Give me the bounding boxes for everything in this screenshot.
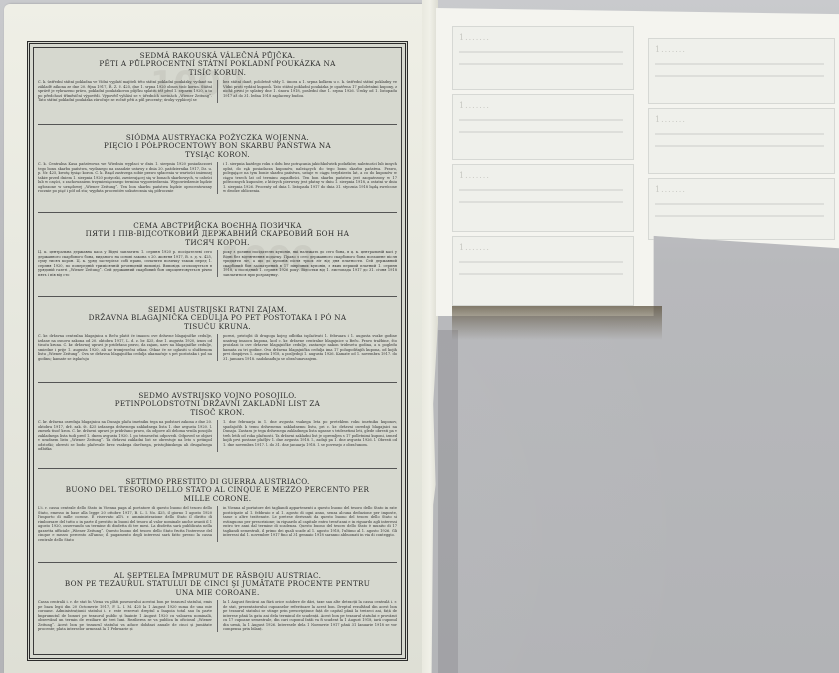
section-polish: SIÓDMA AUSTRYACKA POŻYCZKA WOJENNA. PIĘC…: [38, 126, 397, 213]
section-body: Cassa centrală i. r. de stat în Viena va…: [38, 600, 397, 632]
title-line: ТИСЯЧ КОРОН.: [38, 239, 397, 247]
section-slovene: SEDMO AVSTRIJSKO VOJNO POSOJILO. PETINPO…: [38, 384, 397, 469]
text-column-left: C. kr. državna osrednja blagajnica na Du…: [38, 420, 212, 452]
text-column-left: C. kr. državna centralna blagajnica u Be…: [38, 334, 212, 361]
faded-line: [655, 133, 824, 135]
faded-coupon: 1.......: [452, 26, 634, 90]
column-divider: [217, 600, 218, 632]
section-title: AL ŞEPTELEA ÎMPRUMUT DE RĂSBOIU AUSTRIAC…: [38, 572, 397, 597]
section-title: SIÓDMA AUSTRYACKA POŻYCZKA WOJENNA. PIĘC…: [38, 134, 397, 159]
faded-line: [655, 63, 824, 65]
coupon-label: 1.......: [655, 115, 686, 124]
text-column-right: року з долини посідателю купонів, які на…: [223, 250, 397, 277]
section-body: L'i. r. cassa centrale dello Stato in Vi…: [38, 506, 397, 542]
coupon-label: 1.......: [459, 243, 490, 252]
coupon-sheet-reverse: 1....... 1....... 1....... 1....... 1...…: [436, 8, 839, 316]
faded-line: [459, 201, 623, 203]
faded-line: [655, 75, 824, 77]
section-body: C. k. ústřední státní pokladna ve Vídni …: [38, 80, 397, 103]
text-column-left: Ц. к. центральна державна каса у Відні з…: [38, 250, 212, 277]
folded-edge: [422, 0, 438, 673]
coupon-label: 1.......: [459, 33, 490, 42]
faded-line: [459, 63, 623, 65]
title-line: TISÍC KORUN.: [38, 69, 397, 77]
column-divider: [217, 420, 218, 452]
column-divider: [217, 250, 218, 277]
faded-line: [655, 203, 824, 205]
faded-line: [459, 119, 623, 121]
section-romanian: AL ŞEPTELEA ÎMPRUMUT DE RĂSBOIU AUSTRIAC…: [38, 564, 397, 656]
text-column-left: L'i. r. cassa centrale dello Stato in Vi…: [38, 506, 212, 542]
faded-line: [459, 131, 623, 133]
title-line: UNA MIE COROANE.: [38, 589, 397, 597]
text-column-left: C. k. ústřední státní pokladna ve Vídni …: [38, 80, 212, 103]
column-divider: [217, 506, 218, 542]
title-line: TISUĆU KRUNA.: [38, 323, 397, 331]
faded-coupon: 1.......: [452, 164, 634, 232]
faded-line: [459, 189, 623, 191]
faded-line: [459, 51, 623, 53]
faded-coupon: 1.......: [648, 108, 835, 174]
title-line: TISOČ KRON.: [38, 409, 397, 417]
section-title: SETTIMO PRESTITO DI GUERRA AUSTRIACO. BU…: [38, 478, 397, 503]
section-title: SEDMI AUSTRIJSKI RATNI ZAJAM. DRŽAVNA BL…: [38, 306, 397, 331]
section-czech: SEDMÁ RAKOUSKÁ VÁLEČNÁ PŮJČKA. PĚTI A PŮ…: [38, 44, 397, 125]
coupon-label: 1.......: [459, 101, 490, 110]
faded-line: [655, 215, 824, 217]
faded-coupon: 1.......: [648, 178, 835, 240]
section-body: C. k. Centralna Kasa państwowa we Wiedni…: [38, 162, 397, 194]
section-title: СЕМА АВСТРИЙСКА ВОЄННА ПОЗИЧКА ПЯТИ І ПІ…: [38, 222, 397, 247]
text-column-right: bez státní daně, pololetně vždy 1. února…: [223, 80, 397, 103]
text-column-right: 1. dne februarja in 1. dne avgusta vsake…: [223, 420, 397, 452]
faded-line: [459, 261, 623, 263]
section-italian: SETTIMO PRESTITO DI GUERRA AUSTRIACO. BU…: [38, 470, 397, 563]
faded-coupon: 1.......: [452, 94, 634, 160]
section-body: C. kr. državna osrednja blagajnica na Du…: [38, 420, 397, 452]
section-title: SEDMO AVSTRIJSKO VOJNO POSOJILO. PETINPO…: [38, 392, 397, 417]
text-column-right: la 1 August fiecărui an fără orice scăde…: [223, 600, 397, 632]
coupon-label: 1.......: [655, 45, 686, 54]
section-body: Ц. к. центральна державна каса у Відні з…: [38, 250, 397, 277]
section-body: C. kr. državna centralna blagajnica u Be…: [38, 334, 397, 361]
section-croatian: SEDMI AUSTRIJSKI RATNI ZAJAM. DRŽAVNA BL…: [38, 298, 397, 383]
text-column-left: C. k. Centralna Kasa państwowa we Wiedni…: [38, 162, 212, 194]
text-column-right: in Vienna al portatore dei tagliandi app…: [223, 506, 397, 542]
title-line: TYSIĄC KORON.: [38, 151, 397, 159]
document-frame: 1000 1000 SEDMÁ RAKOUSKÁ VÁLEČNÁ PŮJČKA.…: [27, 41, 408, 661]
text-column-right: i 1. sierpnia każdego roku z dołu bez po…: [223, 162, 397, 194]
shadow-strip: [438, 330, 458, 673]
column-divider: [217, 80, 218, 103]
text-column-left: Cassa centrală i. r. de stat în Viena va…: [38, 600, 212, 632]
faded-coupon: 1.......: [452, 236, 634, 306]
section-title: SEDMÁ RAKOUSKÁ VÁLEČNÁ PŮJČKA. PĚTI A PŮ…: [38, 52, 397, 77]
section-ukrainian: СЕМА АВСТРИЙСКА ВОЄННА ПОЗИЧКА ПЯТИ І ПІ…: [38, 214, 397, 297]
title-line: MILLE CORONE.: [38, 495, 397, 503]
torn-edge-shadow: [452, 306, 662, 340]
column-divider: [217, 334, 218, 361]
text-column-right: porezi, pristojbi ili drugoga kojeg odbi…: [223, 334, 397, 361]
faded-line: [655, 145, 824, 147]
faded-coupon: 1.......: [648, 38, 835, 104]
document-sheet-front: 1000 1000 SEDMÁ RAKOUSKÁ VÁLEČNÁ PŮJČKA.…: [4, 4, 422, 673]
faded-line: [459, 273, 623, 275]
column-divider: [217, 162, 218, 194]
document-sheet-reverse: 1....... 1....... 1....... 1....... 1...…: [422, 0, 839, 673]
coupon-label: 1.......: [655, 185, 686, 194]
coupon-label: 1.......: [459, 171, 490, 180]
